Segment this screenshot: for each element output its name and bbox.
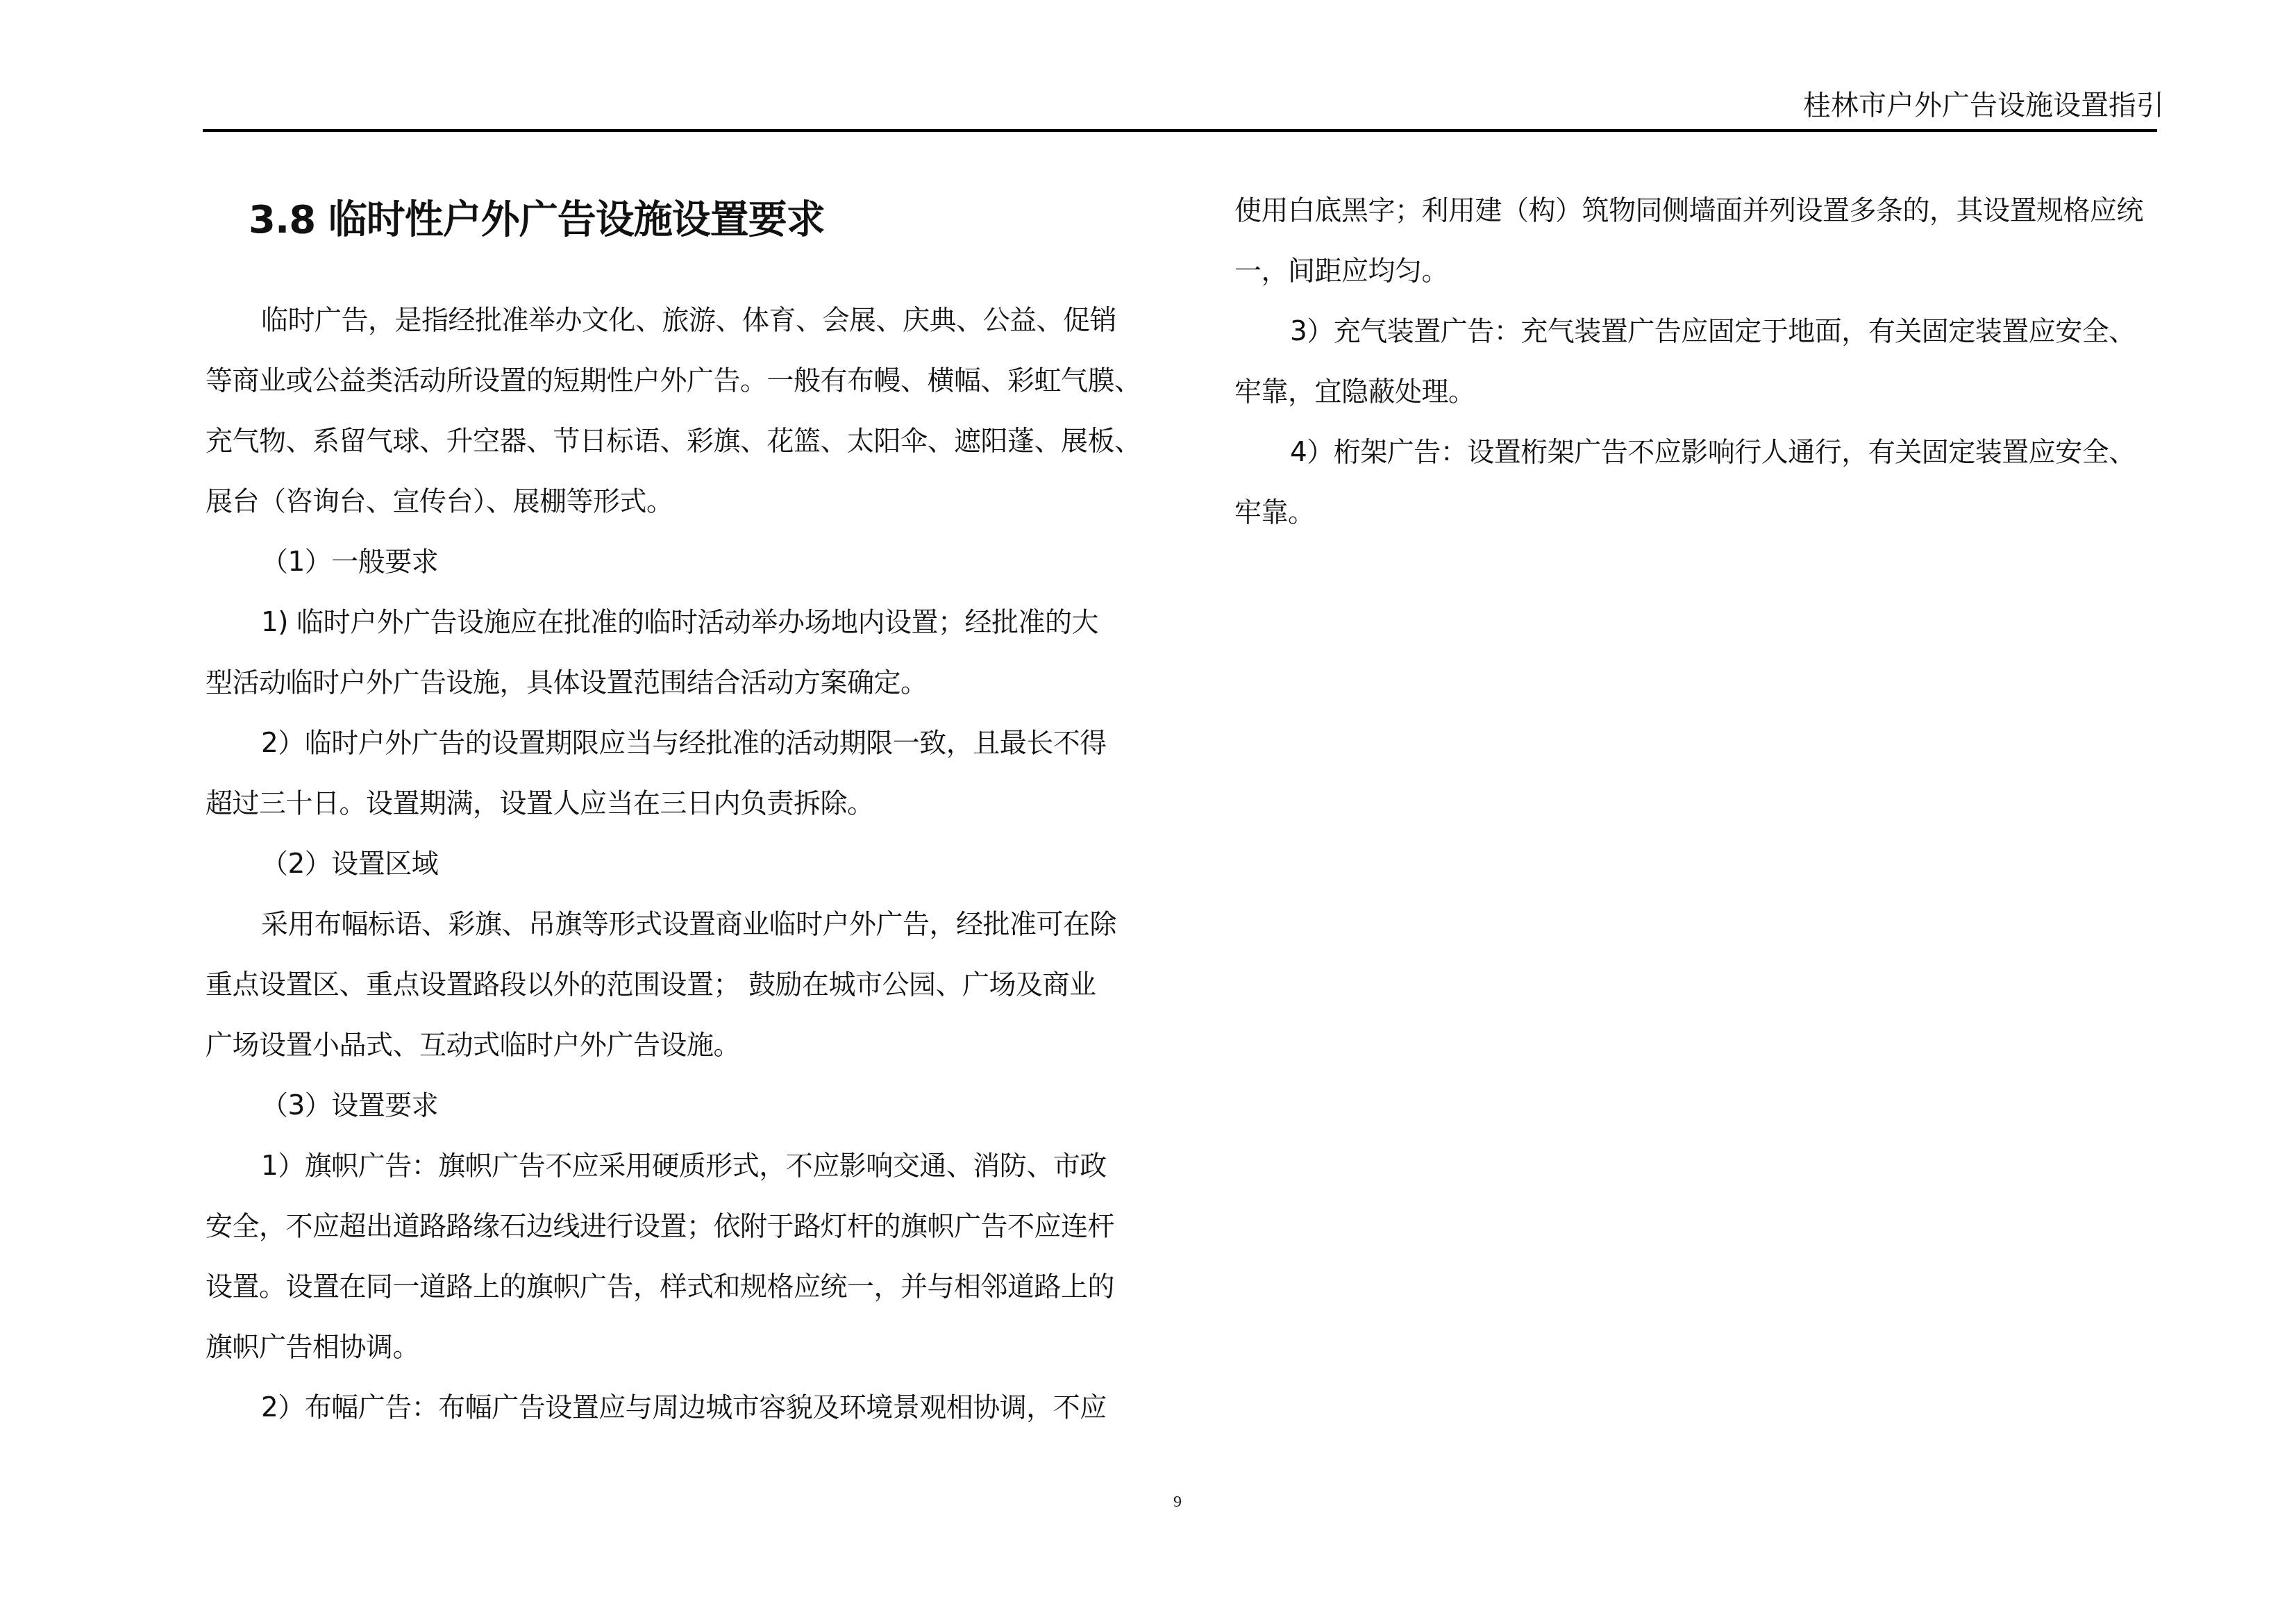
paragraph-line: 牢靠，宜隐蔽处理。 xyxy=(1234,362,2158,422)
subheading-general-requirements: （1）一般要求 xyxy=(206,532,1129,592)
section-heading: 3.8 临时性户外广告设施设置要求 xyxy=(249,196,825,244)
paragraph-line: 广场设置小品式、互动式临时户外广告设施。 xyxy=(206,1015,1129,1075)
paragraph-line: 充气物、系留气球、升空器、节日标语、彩旗、花篮、太阳伞、遮阳蓬、展板、 xyxy=(206,411,1129,471)
paragraph-line: 旗帜广告相协调。 xyxy=(206,1317,1129,1378)
paragraph-line: 1）旗帜广告：旗帜广告不应采用硬质形式，不应影响交通、消防、市政 xyxy=(206,1136,1129,1196)
paragraph-line: 使用白底黑字；利用建（构）筑物同侧墙面并列设置多条的，其设置规格应统 xyxy=(1234,181,2158,241)
paragraph-line: 牢靠。 xyxy=(1234,483,2158,543)
right-column: 使用白底黑字；利用建（构）筑物同侧墙面并列设置多条的，其设置规格应统 一，间距应… xyxy=(1234,181,2158,543)
paragraph-line: 2）布幅广告：布幅广告设置应与周边城市容貌及环境景观相协调，不应 xyxy=(206,1378,1129,1438)
header-divider xyxy=(203,129,2157,132)
paragraph-line: 重点设置区、重点设置路段以外的范围设置； 鼓励在城市公园、广场及商业 xyxy=(206,955,1129,1015)
paragraph-line: 采用布幅标语、彩旗、吊旗等形式设置商业临时户外广告，经批准可在除 xyxy=(206,894,1129,955)
paragraph-line: 4）桁架广告：设置桁架广告不应影响行人通行，有关固定装置应安全、 xyxy=(1234,422,2158,483)
paragraph-line: 超过三十日。设置期满，设置人应当在三日内负责拆除。 xyxy=(206,773,1129,834)
paragraph-line: 型活动临时户外广告设施，具体设置范围结合活动方案确定。 xyxy=(206,653,1129,713)
subheading-setting-requirements: （3）设置要求 xyxy=(206,1075,1129,1136)
paragraph-line: 一，间距应均匀。 xyxy=(1234,241,2158,301)
paragraph-line: 3）充气装置广告：充气装置广告应固定于地面，有关固定装置应安全、 xyxy=(1234,301,2158,362)
subheading-setting-area: （2）设置区域 xyxy=(206,834,1129,894)
paragraph-line: 等商业或公益类活动所设置的短期性户外广告。一般有布幔、横幅、彩虹气膜、 xyxy=(206,351,1129,411)
paragraph-line: 1) 临时户外广告设施应在批准的临时活动举办场地内设置；经批准的大 xyxy=(206,592,1129,653)
paragraph-line: 安全，不应超出道路路缘石边线进行设置；依附于路灯杆的旗帜广告不应连杆 xyxy=(206,1196,1129,1257)
paragraph-line: 展台（咨询台、宣传台）、展棚等形式。 xyxy=(206,471,1129,532)
document-header-title: 桂林市户外广告设施设置指引 xyxy=(1803,89,2164,122)
paragraph-line: 临时广告，是指经批准举办文化、旅游、体育、会展、庆典、公益、促销 xyxy=(206,290,1129,351)
left-column: 临时广告，是指经批准举办文化、旅游、体育、会展、庆典、公益、促销 等商业或公益类… xyxy=(206,290,1129,1438)
page-number: 9 xyxy=(1173,1493,1182,1512)
paragraph-line: 2）临时户外广告的设置期限应当与经批准的活动期限一致，且最长不得 xyxy=(206,713,1129,773)
paragraph-line: 设置。设置在同一道路上的旗帜广告，样式和规格应统一，并与相邻道路上的 xyxy=(206,1257,1129,1317)
